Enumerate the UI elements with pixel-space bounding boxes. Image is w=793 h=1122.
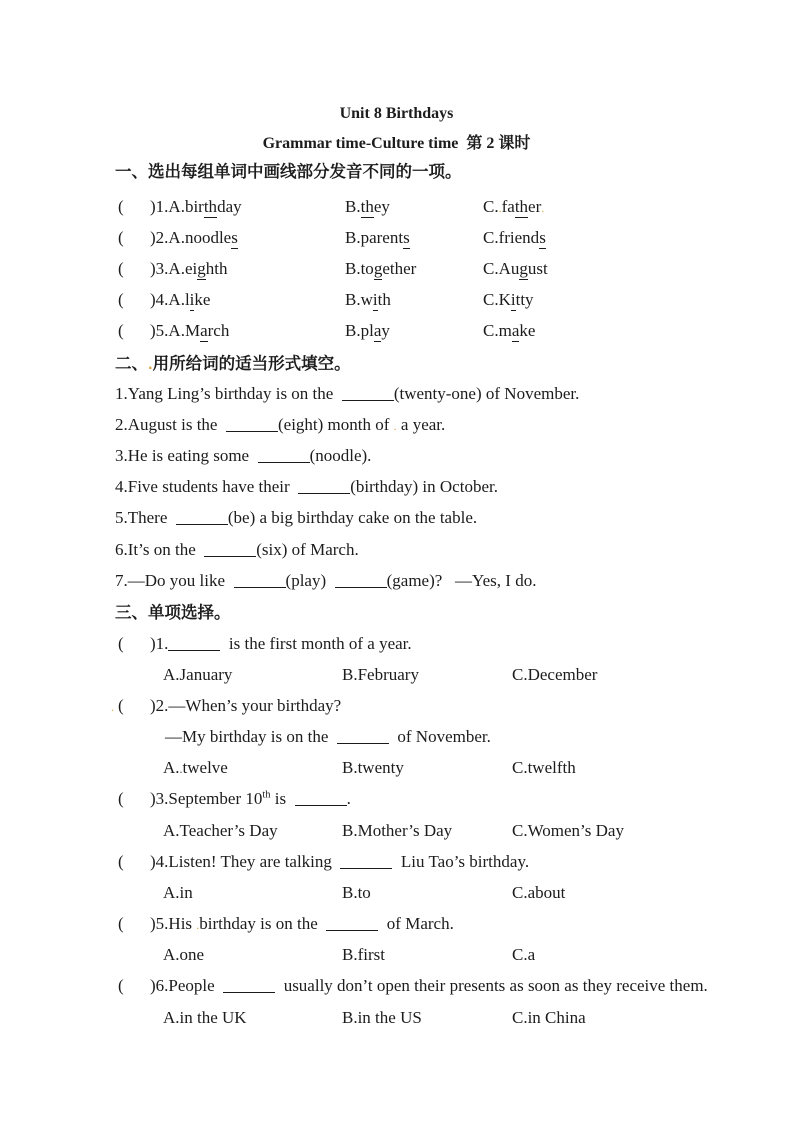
text-run: y — [381, 321, 390, 340]
text-run: C.Au — [483, 259, 519, 278]
text-run: twelve — [183, 758, 228, 777]
text-run: Liu Tao’s birthday. — [392, 852, 529, 871]
text-run: (six) of March. — [256, 540, 358, 559]
text-chunk: 1.Yang Ling’s birthday is on the (twenty… — [115, 383, 579, 405]
blank-underline — [335, 574, 387, 588]
text-run: B.pl — [345, 321, 374, 340]
text-run: birthday is on the — [199, 914, 326, 933]
text-run: ( — [118, 914, 124, 933]
text-run: (twenty-one) of November. — [394, 384, 580, 403]
text-run: C.twelfth — [512, 758, 576, 777]
text-chunk: ( — [118, 196, 124, 218]
text-run: (eight) month of — [278, 415, 394, 434]
text-run: ether — [382, 259, 416, 278]
text-run: ( — [118, 634, 124, 653]
text-chunk: ( — [118, 258, 124, 280]
artifact-dot: . — [111, 700, 114, 714]
text-run: 二、 — [115, 354, 148, 373]
text-run: ( — [118, 197, 124, 216]
text-run: C.about — [512, 883, 565, 902]
text-run: ke — [519, 321, 535, 340]
text-run: of November. — [389, 727, 491, 746]
text-run: 3.He is eating some — [115, 446, 258, 465]
text-chunk: ( — [118, 913, 124, 935]
underlined-part: s — [539, 228, 546, 249]
text-run: C.in China — [512, 1008, 586, 1027]
blank-underline — [326, 917, 378, 931]
section-three-heading: 三、单项选择。 — [115, 602, 231, 624]
text-chunk: )4.Listen! They are talking Liu Tao’s bi… — [150, 851, 529, 873]
text-run: is the first month of a year. — [220, 634, 411, 653]
text-chunk: A.in the UK — [163, 1007, 247, 1029]
text-run: fa — [502, 197, 515, 216]
underlined-part: g — [519, 259, 528, 280]
choice-q2-stem: .()2.—When’s your birthday? — [0, 695, 793, 717]
fill-item-4: 4.Five students have their (birthday) in… — [0, 476, 793, 498]
text-run: ey — [374, 197, 390, 216]
text-chunk: ( — [118, 320, 124, 342]
text-run: C.Women’s Day — [512, 821, 624, 840]
choice-q5-options: A.oneB.firstC.a — [0, 944, 793, 966]
phonics-row-3: ()3.A.eighthB.togetherC.August — [0, 258, 793, 280]
blank-underline — [223, 979, 275, 993]
text-run: ( — [118, 852, 124, 871]
fill-item-2: 2.August is the (eight) month of . a yea… — [0, 414, 793, 436]
text-run: A.in — [163, 883, 193, 902]
text-chunk: A.January — [163, 664, 232, 686]
text-run: B.twenty — [342, 758, 404, 777]
text-run: C.m — [483, 321, 512, 340]
blank-underline — [298, 480, 350, 494]
text-run: A.Teacher’s Day — [163, 821, 278, 840]
text-chunk: )2.—When’s your birthday? — [150, 695, 341, 717]
text-run: )5.His — [150, 914, 196, 933]
text-chunk: A.in — [163, 882, 193, 904]
text-chunk: )3.September 10th is . — [150, 788, 351, 810]
fill-item-3: 3.He is eating some (noodle). — [0, 445, 793, 467]
text-run: ( — [118, 290, 124, 309]
underlined-part: s — [403, 228, 410, 249]
text-run: ke — [194, 290, 210, 309]
text-run: )1. — [150, 634, 168, 653]
text-chunk: B.to — [342, 882, 371, 904]
text-run: B.w — [345, 290, 373, 309]
text-chunk: ( — [118, 851, 124, 873]
text-chunk: ( — [118, 227, 124, 249]
text-run: tty — [516, 290, 534, 309]
text-chunk: B.first — [342, 944, 385, 966]
text-run: 7.—Do you like — [115, 571, 234, 590]
text-run: ( — [118, 228, 124, 247]
text-run: —My birthday is on the — [165, 727, 337, 746]
underlined-part: th — [361, 197, 374, 218]
text-chunk: )1. is the first month of a year. — [150, 633, 412, 655]
text-chunk: B.Mother’s Day — [342, 820, 452, 842]
text-run: C.December — [512, 665, 597, 684]
text-run: )1.A.bir — [150, 197, 204, 216]
text-run: )2.A.noodle — [150, 228, 231, 247]
text-chunk: C.Women’s Day — [512, 820, 624, 842]
text-run: rch — [208, 321, 230, 340]
text-chunk: B.February — [342, 664, 419, 686]
choice-q1-stem: ()1. is the first month of a year. — [0, 633, 793, 655]
choice-q3-stem: ()3.September 10th is . — [0, 788, 793, 810]
worksheet-subtitle: Grammar time-Culture time 第 2 课时 — [0, 133, 793, 155]
text-chunk: C.twelfth — [512, 757, 576, 779]
text-run: is — [271, 789, 295, 808]
text-run: of March. — [378, 914, 454, 933]
underlined-part: g — [197, 259, 206, 280]
text-run: th — [378, 290, 391, 309]
text-run: A.in the UK — [163, 1008, 247, 1027]
text-chunk: 7.—Do you like (play) (game)? —Yes, I do… — [115, 570, 536, 592]
text-run: 2.August is the — [115, 415, 226, 434]
text-run: 5.There — [115, 508, 176, 527]
text-run: B.February — [342, 665, 419, 684]
text-run: ( — [118, 789, 124, 808]
text-run: C.K — [483, 290, 511, 309]
text-chunk: )5.His .birthday is on the of March. — [150, 913, 454, 935]
text-run: C. — [483, 197, 499, 216]
text-chunk: . — [111, 695, 114, 717]
underlined-part: a — [200, 321, 208, 342]
text-run: (game)? —Yes, I do. — [387, 571, 537, 590]
blank-underline — [340, 855, 392, 869]
choice-q3-options: A.Teacher’s DayB.Mother’s DayC.Women’s D… — [0, 820, 793, 842]
text-run: . — [347, 789, 351, 808]
text-chunk: B.play — [345, 320, 390, 342]
fill-item-6: 6.It’s on the (six) of March. — [0, 539, 793, 561]
worksheet-title: Unit 8 Birthdays — [0, 103, 793, 125]
choice-q5-stem: ()5.His .birthday is on the of March. — [0, 913, 793, 935]
text-run: ( — [118, 321, 124, 340]
text-chunk: B.together — [345, 258, 416, 280]
text-chunk: C.about — [512, 882, 565, 904]
text-run: )3.A.ei — [150, 259, 197, 278]
text-chunk: 4.Five students have their (birthday) in… — [115, 476, 498, 498]
text-chunk: B.in the US — [342, 1007, 422, 1029]
fill-item-7: 7.—Do you like (play) (game)? —Yes, I do… — [0, 570, 793, 592]
text-run: 用所给词的适当形式填空。 — [153, 354, 351, 373]
underlined-part: th — [204, 197, 217, 218]
text-run: C.friend — [483, 228, 539, 247]
choice-q4-options: A.inB.toC.about — [0, 882, 793, 904]
text-chunk: B.with — [345, 289, 391, 311]
text-run: (be) a big birthday cake on the table. — [228, 508, 477, 527]
text-chunk: C.friends — [483, 227, 546, 249]
text-run: 4.Five students have their — [115, 477, 298, 496]
section-one-heading: 一、选出每组单词中画线部分发音不同的一项。 — [115, 161, 462, 183]
text-chunk: 2.August is the (eight) month of . a yea… — [115, 414, 445, 436]
text-run: (play) — [286, 571, 335, 590]
text-chunk: ( — [118, 633, 124, 655]
underlined-part: th — [515, 197, 528, 218]
worksheet-page: Unit 8 Birthdays Grammar time-Culture ti… — [0, 0, 793, 1122]
blank-underline — [342, 387, 394, 401]
text-run: ( — [118, 976, 124, 995]
choice-q4-stem: ()4.Listen! They are talking Liu Tao’s b… — [0, 851, 793, 873]
text-run: )3.September 10 — [150, 789, 262, 808]
text-run: A. — [163, 758, 180, 777]
text-chunk: A.Teacher’s Day — [163, 820, 278, 842]
text-run: B.first — [342, 945, 385, 964]
text-run: (noodle). — [310, 446, 372, 465]
text-chunk: B.parents — [345, 227, 410, 249]
blank-underline — [337, 730, 389, 744]
text-chunk: 二、.用所给词的适当形式填空。 — [115, 353, 351, 375]
section-two-heading: 二、.用所给词的适当形式填空。 — [0, 353, 793, 375]
text-run: B.parent — [345, 228, 403, 247]
blank-underline — [226, 418, 278, 432]
choice-q1-options: A.JanuaryB.FebruaryC.December — [0, 664, 793, 686]
text-chunk: 6.It’s on the (six) of March. — [115, 539, 359, 561]
text-chunk: )5.A.March — [150, 320, 229, 342]
blank-underline — [234, 574, 286, 588]
text-chunk: C.in China — [512, 1007, 586, 1029]
text-run: ust — [528, 259, 548, 278]
text-chunk: B.they — [345, 196, 390, 218]
text-chunk: A..twelve — [163, 757, 228, 779]
superscript-text: th — [262, 789, 270, 800]
blank-underline — [258, 449, 310, 463]
text-run: hth — [206, 259, 228, 278]
choice-q2-options: A..twelveB.twentyC.twelfth — [0, 757, 793, 779]
text-run: B.to — [342, 883, 371, 902]
text-chunk: )2.A.noodles — [150, 227, 238, 249]
phonics-row-4: ()4.A.likeB.withC.Kitty — [0, 289, 793, 311]
phonics-row-1: ()1.A.birthdayB.theyC..father. — [0, 196, 793, 218]
blank-underline — [204, 543, 256, 557]
choice-q2-stem-line2: —My birthday is on the of November. — [0, 726, 793, 748]
text-run: )5.A.M — [150, 321, 200, 340]
text-chunk: A.one — [163, 944, 204, 966]
text-chunk: )1.A.birthday — [150, 196, 242, 218]
text-run: C.a — [512, 945, 535, 964]
text-chunk: C.a — [512, 944, 535, 966]
text-chunk: B.twenty — [342, 757, 404, 779]
text-run: A.one — [163, 945, 204, 964]
text-chunk: C.August — [483, 258, 548, 280]
text-run: (birthday) in October. — [350, 477, 498, 496]
text-chunk: ( — [118, 695, 124, 717]
text-chunk: ( — [118, 289, 124, 311]
text-chunk: )6.People usually don’t open their prese… — [150, 975, 708, 997]
blank-underline — [176, 511, 228, 525]
fill-item-1: 1.Yang Ling’s birthday is on the (twenty… — [0, 383, 793, 405]
text-chunk: )4.A.like — [150, 289, 210, 311]
text-run: er — [528, 197, 541, 216]
phonics-row-5: ()5.A.MarchB.playC.make — [0, 320, 793, 342]
underlined-part: s — [231, 228, 238, 249]
text-run: usually don’t open their presents as soo… — [275, 976, 708, 995]
text-run: 6.It’s on the — [115, 540, 204, 559]
text-run: A.January — [163, 665, 232, 684]
text-run: B.Mother’s Day — [342, 821, 452, 840]
text-run: day — [217, 197, 242, 216]
text-chunk: 5.There (be) a big birthday cake on the … — [115, 507, 477, 529]
text-run: B.in the US — [342, 1008, 422, 1027]
text-run: ( — [118, 259, 124, 278]
text-run: )4.A.l — [150, 290, 190, 309]
phonics-row-2: ()2.A.noodlesB.parentsC.friends — [0, 227, 793, 249]
text-run: )6.People — [150, 976, 223, 995]
blank-underline — [295, 792, 347, 806]
text-run: 1.Yang Ling’s birthday is on the — [115, 384, 342, 403]
text-chunk: 3.He is eating some (noodle). — [115, 445, 371, 467]
text-run: ( — [118, 696, 124, 715]
text-chunk: C.make — [483, 320, 535, 342]
text-run: B. — [345, 197, 361, 216]
choice-q6-stem: ()6.People usually don’t open their pres… — [0, 975, 793, 997]
text-chunk: ( — [118, 975, 124, 997]
text-run: B.to — [345, 259, 374, 278]
fill-item-5: 5.There (be) a big birthday cake on the … — [0, 507, 793, 529]
artifact-dot: . — [541, 201, 544, 215]
text-run: a year. — [397, 415, 446, 434]
text-chunk: C..father. — [483, 196, 544, 218]
text-chunk: C.Kitty — [483, 289, 534, 311]
blank-underline — [168, 637, 220, 651]
choice-q6-options: A.in the UKB.in the USC.in China — [0, 1007, 793, 1029]
text-chunk: ( — [118, 788, 124, 810]
text-run: )2.—When’s your birthday? — [150, 696, 341, 715]
text-chunk: C.December — [512, 664, 597, 686]
text-chunk: —My birthday is on the of November. — [165, 726, 491, 748]
text-run: )4.Listen! They are talking — [150, 852, 340, 871]
text-chunk: )3.A.eighth — [150, 258, 227, 280]
